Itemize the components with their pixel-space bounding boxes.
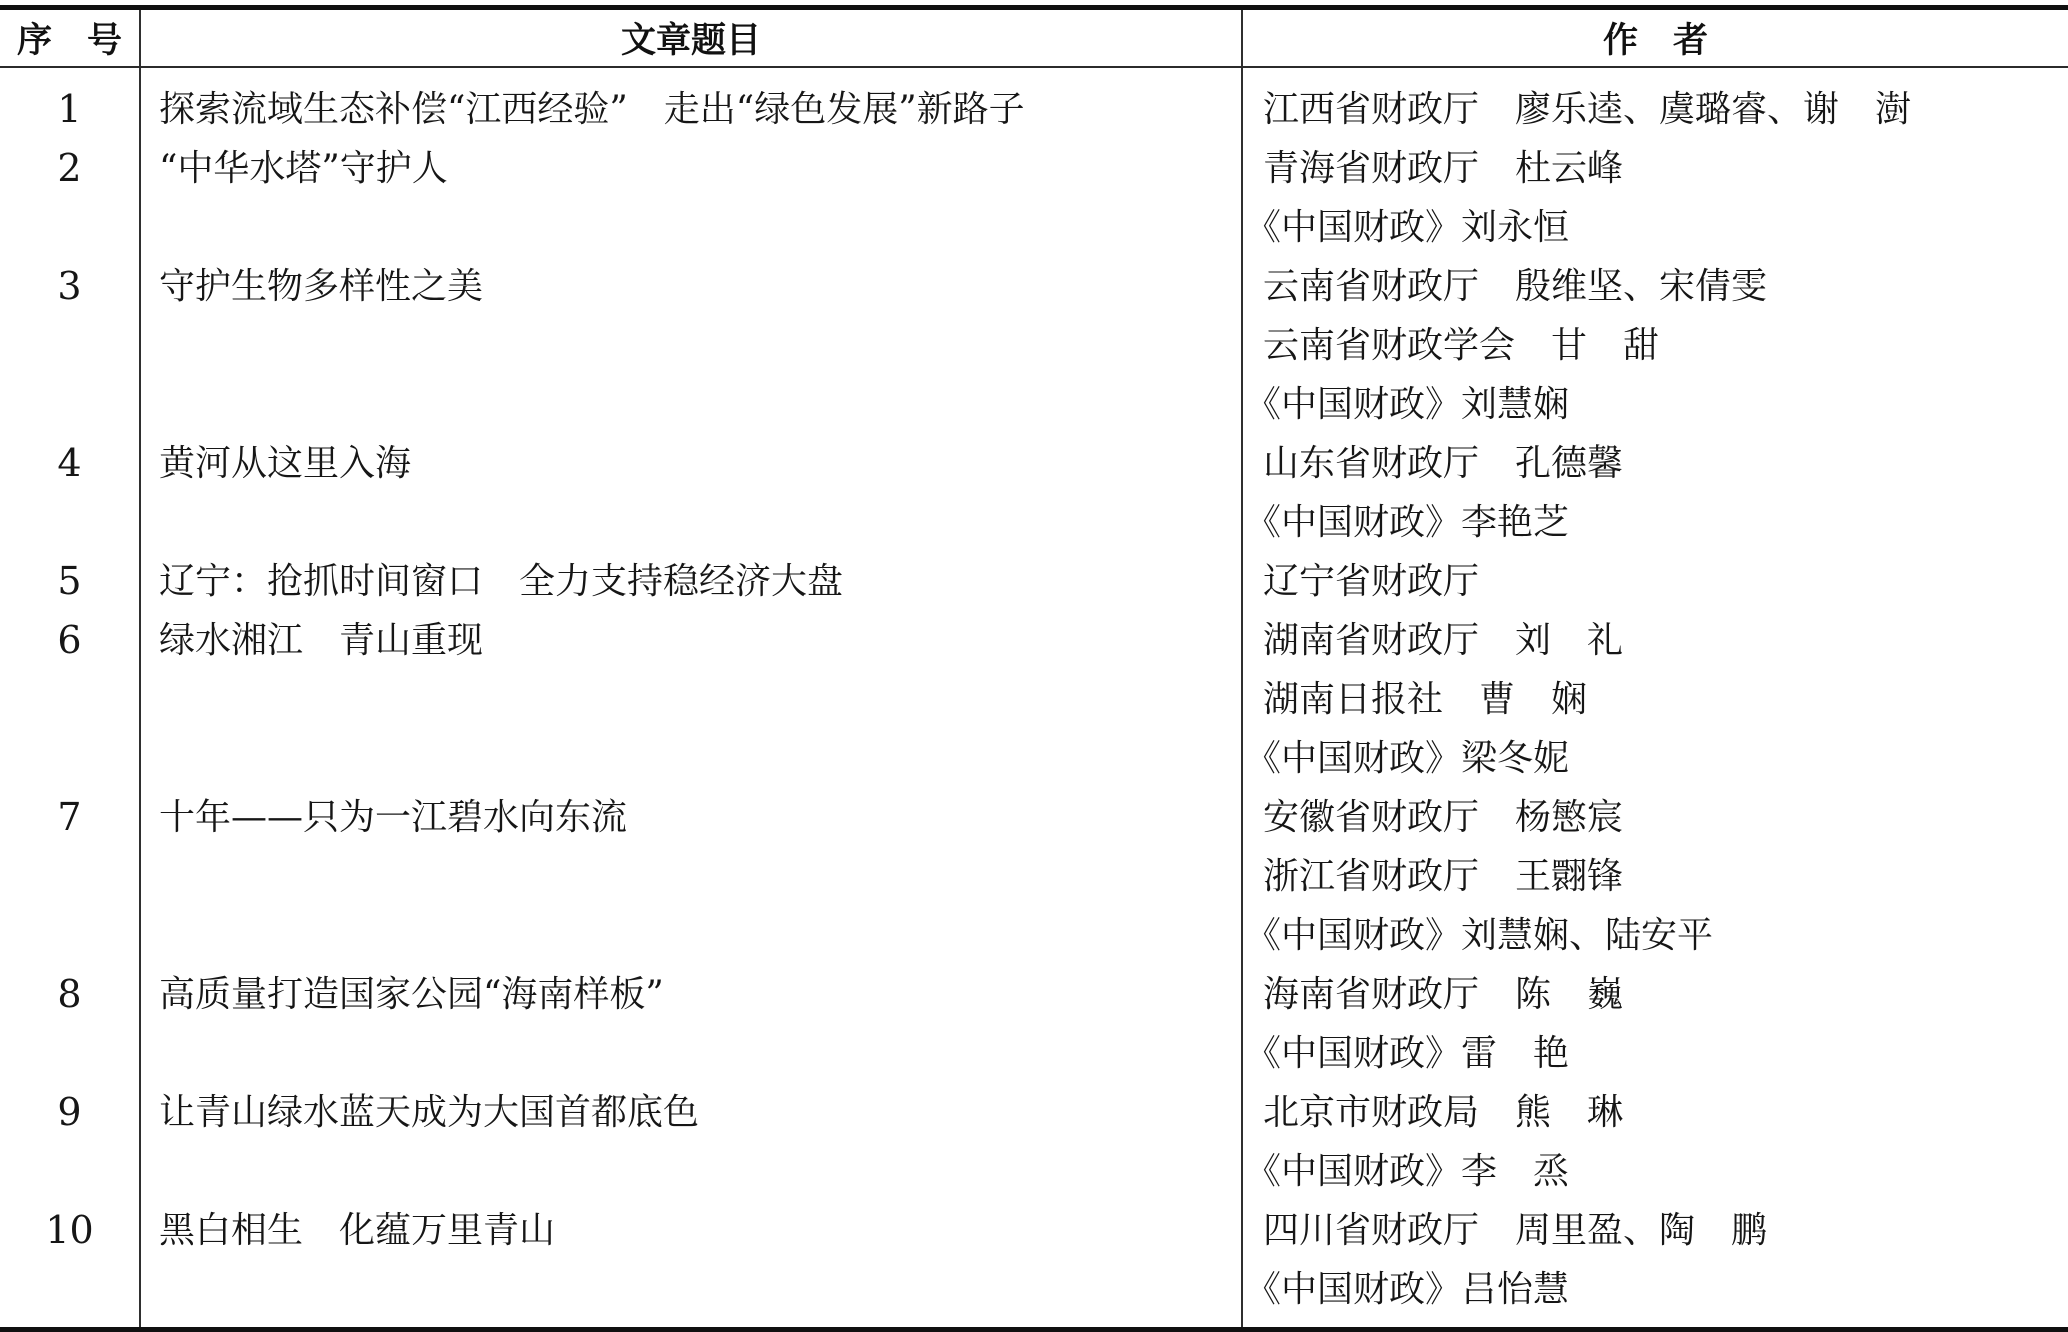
author-line: 《中国财政》刘慧娴、陆安平: [1243, 906, 2068, 965]
article-title: 绿水湘江 青山重现: [140, 611, 1242, 788]
article-title: 十年——只为一江碧水向东流: [140, 788, 1242, 965]
row-number: 7: [0, 788, 140, 965]
article-title: 黄河从这里入海: [140, 434, 1242, 552]
row-number: 6: [0, 611, 140, 788]
article-title: 守护生物多样性之美: [140, 257, 1242, 434]
table-row: 9让青山绿水蓝天成为大国首都底色北京市财政局 熊 琳《中国财政》李 烝: [0, 1083, 2068, 1201]
author-line: 《中国财政》刘慧娴: [1243, 375, 2068, 434]
author-cell: 北京市财政局 熊 琳《中国财政》李 烝: [1242, 1083, 2068, 1201]
table-row: 10黑白相生 化蕴万里青山四川省财政厅 周里盈、陶 鹏《中国财政》吕怡慧: [0, 1201, 2068, 1330]
table-row: 1探索流域生态补偿“江西经验” 走出“绿色发展”新路子江西省财政厅 廖乐逵、虞璐…: [0, 67, 2068, 139]
author-line: 《中国财政》刘永恒: [1243, 198, 2068, 257]
table-body: 1探索流域生态补偿“江西经验” 走出“绿色发展”新路子江西省财政厅 廖乐逵、虞璐…: [0, 67, 2068, 1330]
author-line: 《中国财政》李艳芝: [1243, 493, 2068, 552]
author-line: 浙江省财政厅 王翾锋: [1243, 847, 2068, 906]
header-row: 序 号 文章题目 作 者: [0, 8, 2068, 68]
author-cell: 安徽省财政厅 杨慜宸浙江省财政厅 王翾锋《中国财政》刘慧娴、陆安平: [1242, 788, 2068, 965]
row-number: 8: [0, 965, 140, 1083]
author-line: 《中国财政》吕怡慧: [1243, 1260, 2068, 1319]
row-number: 1: [0, 67, 140, 139]
row-number: 4: [0, 434, 140, 552]
row-number: 9: [0, 1083, 140, 1201]
article-title: 辽宁：抢抓时间窗口 全力支持稳经济大盘: [140, 552, 1242, 611]
table-row: 3守护生物多样性之美云南省财政厅 殷维坚、宋倩雯云南省财政学会 甘 甜《中国财政…: [0, 257, 2068, 434]
article-title: 黑白相生 化蕴万里青山: [140, 1201, 1242, 1330]
author-cell: 辽宁省财政厅: [1242, 552, 2068, 611]
author-cell: 海南省财政厅 陈 巍《中国财政》雷 艳: [1242, 965, 2068, 1083]
author-line: 云南省财政学会 甘 甜: [1243, 316, 2068, 375]
row-number: 5: [0, 552, 140, 611]
author-line: 安徽省财政厅 杨慜宸: [1243, 788, 2068, 847]
author-line: 《中国财政》雷 艳: [1243, 1024, 2068, 1083]
article-title: 高质量打造国家公园“海南样板”: [140, 965, 1242, 1083]
header-article-title: 文章题目: [140, 8, 1242, 68]
author-line: 四川省财政厅 周里盈、陶 鹏: [1243, 1201, 2068, 1260]
page: 序 号 文章题目 作 者 1探索流域生态补偿“江西经验” 走出“绿色发展”新路子…: [0, 0, 2068, 1332]
author-cell: 云南省财政厅 殷维坚、宋倩雯云南省财政学会 甘 甜《中国财政》刘慧娴: [1242, 257, 2068, 434]
row-number: 10: [0, 1201, 140, 1330]
articles-table: 序 号 文章题目 作 者 1探索流域生态补偿“江西经验” 走出“绿色发展”新路子…: [0, 5, 2068, 1332]
author-line: 辽宁省财政厅: [1243, 552, 2068, 611]
article-title: “中华水塔”守护人: [140, 139, 1242, 257]
author-cell: 山东省财政厅 孔德馨《中国财政》李艳芝: [1242, 434, 2068, 552]
author-line: 《中国财政》梁冬妮: [1243, 729, 2068, 788]
row-number: 2: [0, 139, 140, 257]
table-row: 8高质量打造国家公园“海南样板”海南省财政厅 陈 巍《中国财政》雷 艳: [0, 965, 2068, 1083]
author-line: 江西省财政厅 廖乐逵、虞璐睿、谢 澍: [1243, 80, 2068, 139]
author-line: 湖南日报社 曹 娴: [1243, 670, 2068, 729]
author-line: 《中国财政》李 烝: [1243, 1142, 2068, 1201]
header-author: 作 者: [1242, 8, 2068, 68]
author-cell: 湖南省财政厅 刘 礼湖南日报社 曹 娴《中国财政》梁冬妮: [1242, 611, 2068, 788]
header-serial-number: 序 号: [0, 8, 140, 68]
author-line: 湖南省财政厅 刘 礼: [1243, 611, 2068, 670]
article-title: 让青山绿水蓝天成为大国首都底色: [140, 1083, 1242, 1201]
row-number: 3: [0, 257, 140, 434]
author-line: 山东省财政厅 孔德馨: [1243, 434, 2068, 493]
author-cell: 江西省财政厅 廖乐逵、虞璐睿、谢 澍: [1242, 67, 2068, 139]
table-row: 6绿水湘江 青山重现湖南省财政厅 刘 礼湖南日报社 曹 娴《中国财政》梁冬妮: [0, 611, 2068, 788]
author-cell: 四川省财政厅 周里盈、陶 鹏《中国财政》吕怡慧: [1242, 1201, 2068, 1330]
author-line: 海南省财政厅 陈 巍: [1243, 965, 2068, 1024]
table-row: 4黄河从这里入海山东省财政厅 孔德馨《中国财政》李艳芝: [0, 434, 2068, 552]
author-line: 青海省财政厅 杜云峰: [1243, 139, 2068, 198]
article-title: 探索流域生态补偿“江西经验” 走出“绿色发展”新路子: [140, 67, 1242, 139]
author-line: 云南省财政厅 殷维坚、宋倩雯: [1243, 257, 2068, 316]
author-line: 北京市财政局 熊 琳: [1243, 1083, 2068, 1142]
table-row: 2“中华水塔”守护人青海省财政厅 杜云峰《中国财政》刘永恒: [0, 139, 2068, 257]
author-cell: 青海省财政厅 杜云峰《中国财政》刘永恒: [1242, 139, 2068, 257]
table-row: 5辽宁：抢抓时间窗口 全力支持稳经济大盘辽宁省财政厅: [0, 552, 2068, 611]
table-row: 7十年——只为一江碧水向东流安徽省财政厅 杨慜宸浙江省财政厅 王翾锋《中国财政》…: [0, 788, 2068, 965]
